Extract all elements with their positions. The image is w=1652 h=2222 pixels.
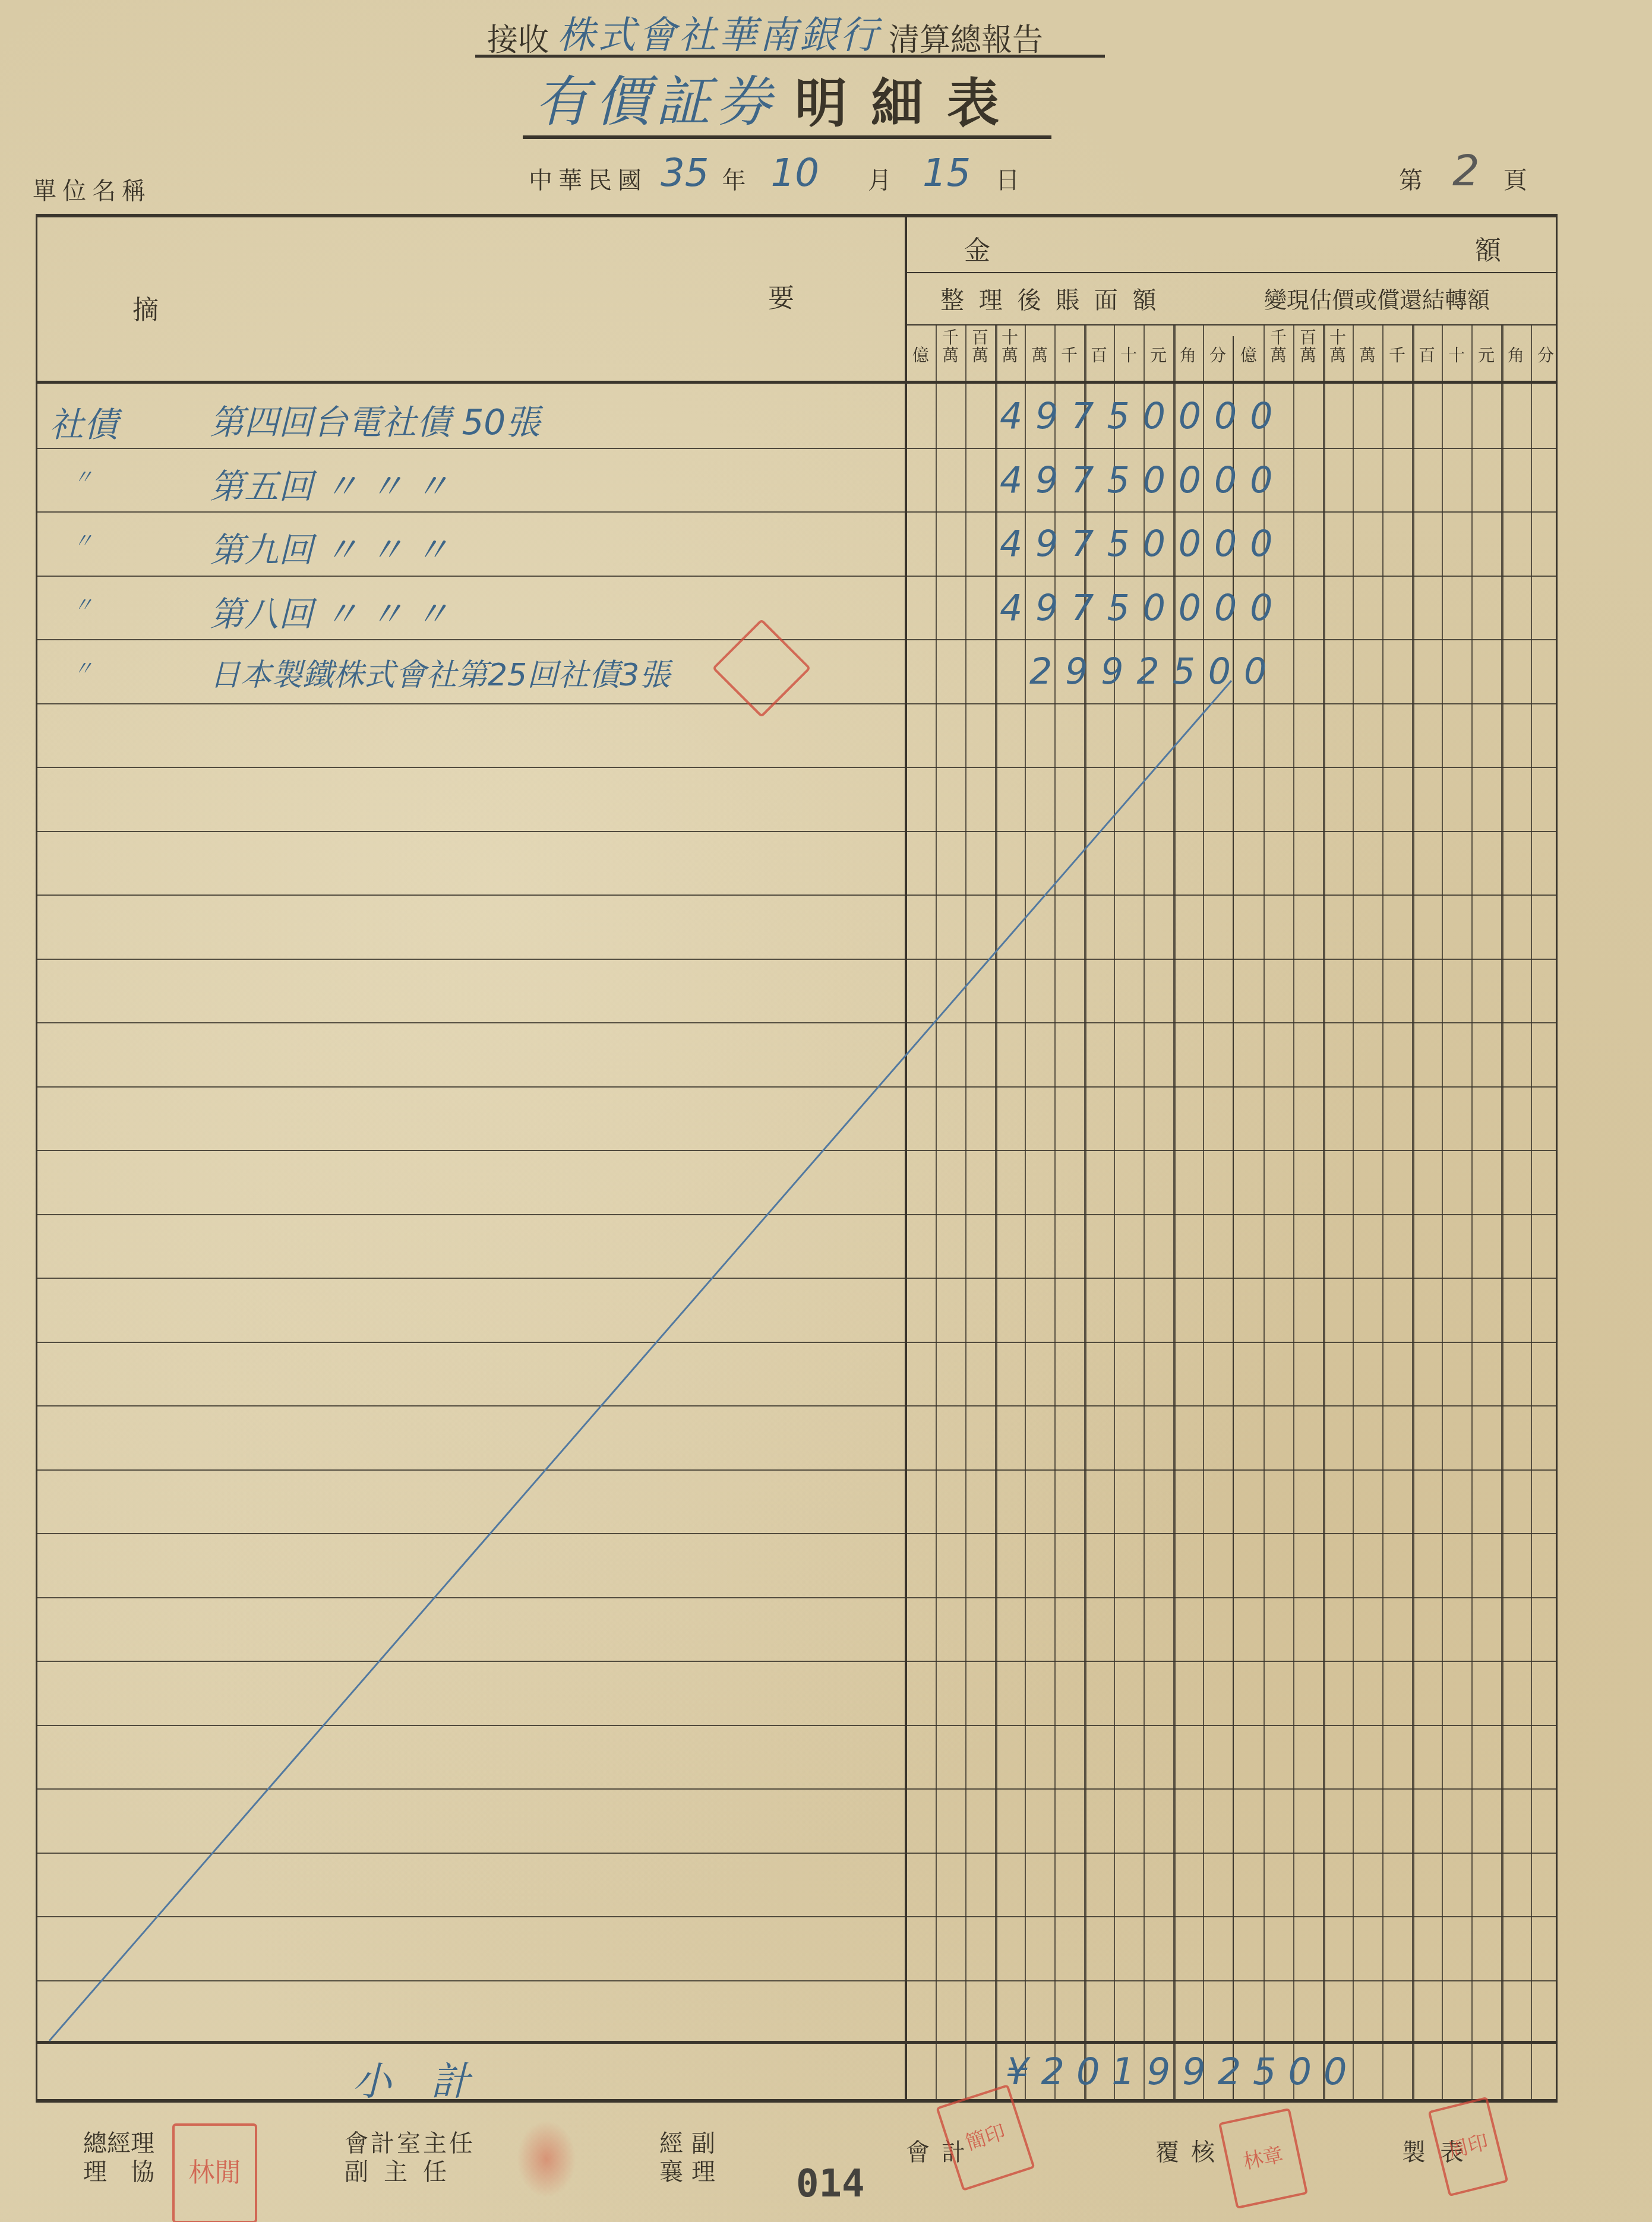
digit-column-line (995, 325, 997, 2099)
row-divider (37, 703, 1556, 704)
sig-reviewer-label: 覆核 (1155, 2138, 1227, 2167)
digit-label: 十 (1114, 347, 1144, 365)
row-divider (37, 959, 1556, 960)
desc-header-left: 摘 (132, 289, 159, 327)
sig-deputy-manager-label: 經副 襄理 (659, 2129, 724, 2186)
group-realized-value-header: 變現估價或償還結轉額 (1264, 282, 1490, 314)
row-divider (37, 1916, 1556, 1917)
row-divider (37, 1980, 1556, 1981)
digit-column-line (1442, 325, 1443, 2099)
digit-column-line (936, 325, 937, 2099)
row-book-value: 49750000 (1000, 587, 1285, 629)
row-book-value: 49750000 (1000, 523, 1285, 565)
row-description: 第四回台電社債 50張 (210, 394, 540, 444)
amount-header-line (905, 272, 1556, 273)
desc-header-right: 要 (768, 277, 794, 315)
row-description: 日本製鐵株式會社第25回社債3張 (210, 650, 670, 694)
subtotal-line (37, 2041, 1556, 2044)
sig-line1: 總經理 (83, 2129, 178, 2158)
row-divider (37, 831, 1556, 832)
digit-column-line (1501, 325, 1503, 2099)
archive-number: 014 (796, 2162, 865, 2206)
page-suffix: 頁 (1503, 162, 1533, 195)
digit-column-line (1323, 325, 1325, 2099)
subtotal-value: ¥201992500 (1006, 2050, 1359, 2093)
row-divider (37, 1597, 1556, 1598)
digit-label: 萬 (1025, 347, 1054, 365)
row-description: 第五回 〃 〃 〃 (210, 459, 449, 508)
date-day: 15 (923, 151, 971, 195)
row-book-value: 49750000 (1000, 460, 1285, 501)
digit-label: 角 (1501, 347, 1531, 365)
digit-label: 千萬 (1264, 329, 1293, 365)
form-title: 有價証券 明細表 (535, 71, 1034, 137)
row-category: 〃 (73, 589, 93, 618)
row-divider (37, 1405, 1556, 1406)
digit-column-line (965, 325, 966, 2099)
row-divider (37, 1278, 1556, 1279)
group-header-line (905, 324, 1556, 325)
preparer-seal-stamp: 周印 (1428, 2097, 1509, 2197)
row-divider (37, 1214, 1556, 1215)
sig-line1: 會計室主任 (345, 2129, 475, 2158)
form-title-printed: 明細表 (795, 62, 1023, 137)
sig-line2: 襄理 (659, 2158, 724, 2186)
desc-amount-divider (905, 217, 907, 2099)
subtotal-label: 小 計 (352, 2050, 470, 2106)
digit-label: 百萬 (965, 329, 995, 365)
row-category: 社債 (49, 397, 118, 447)
digit-label: 千 (1054, 347, 1084, 365)
row-divider (37, 1086, 1556, 1088)
page-number: 第 2 頁 (1399, 146, 1533, 195)
sig-accounting-chief-label: 會計室主任 副主任 (345, 2129, 475, 2186)
reviewer-seal-stamp: 林章 (1218, 2108, 1308, 2209)
row-divider (37, 639, 1556, 640)
sig-line2: 理協 (83, 2158, 178, 2186)
sig-line1: 經副 (659, 2129, 724, 2158)
digit-column-line (1471, 325, 1473, 2099)
digit-label: 百 (1412, 347, 1442, 365)
digit-column-line (1412, 325, 1414, 2099)
title-suffix: 清算總報告 (889, 15, 1043, 59)
title-company-handwritten: 株式會社華南銀行 (557, 5, 880, 59)
day-label: 日 (996, 162, 1025, 195)
form-title-handwritten: 有價証券 (535, 58, 777, 137)
digit-label: 千 (1382, 347, 1412, 365)
general-manager-seal-stamp: 林閒 (172, 2123, 257, 2222)
sig-line2: 副主任 (345, 2158, 475, 2186)
amount-header-right: 額 (1475, 229, 1501, 267)
row-description: 第八回 〃 〃 〃 (210, 586, 449, 636)
title-prefix: 接收 (487, 15, 549, 59)
page-number-value: 2 (1452, 146, 1480, 195)
row-divider (37, 1022, 1556, 1023)
row-description: 第九回 〃 〃 〃 (210, 522, 449, 572)
digit-label: 百 (1084, 347, 1114, 365)
digit-label: 元 (1144, 347, 1173, 365)
row-category: 〃 (73, 461, 93, 490)
date-year: 35 (661, 151, 709, 195)
date-month: 10 (770, 151, 819, 195)
digit-column-line (1353, 325, 1354, 2099)
row-divider (37, 1725, 1556, 1726)
digit-label: 分 (1203, 347, 1233, 365)
group-book-value-header: 整 理 後 賬 面 額 (940, 282, 1160, 315)
row-divider (37, 1469, 1556, 1471)
digit-label: 萬 (1353, 347, 1382, 365)
row-divider (37, 1533, 1556, 1534)
report-title: 接收 株式會社華南銀行 清算總報告 (487, 18, 1105, 59)
row-divider (37, 576, 1556, 577)
digit-column-line (1293, 325, 1294, 2099)
digit-label: 十萬 (995, 329, 1025, 365)
row-divider (37, 767, 1556, 768)
date-line: 中華民國 35 年 10 月 15 日 (529, 151, 1025, 195)
digit-column-line (1531, 325, 1532, 2099)
row-divider (37, 448, 1556, 449)
digit-label: 千萬 (936, 329, 965, 365)
row-book-value: 2992500 (1029, 651, 1280, 693)
year-label: 年 (722, 162, 751, 195)
digit-label: 億 (906, 347, 936, 365)
sig-general-manager-label: 總經理 理協 (83, 2129, 178, 2186)
row-divider (37, 1342, 1556, 1343)
row-divider (37, 1150, 1556, 1151)
month-label: 月 (868, 162, 898, 195)
digit-label: 百萬 (1293, 329, 1323, 365)
page-prefix: 第 (1399, 162, 1429, 195)
digit-label: 億 (1234, 347, 1264, 365)
row-divider (37, 895, 1556, 896)
digit-column-line (1382, 325, 1383, 2099)
unit-name-label: 單位名稱 (33, 172, 151, 206)
digit-label: 分 (1531, 347, 1561, 365)
title-underline (475, 55, 1105, 58)
amount-header-left: 金 (964, 229, 990, 267)
row-divider (37, 1853, 1556, 1854)
row-divider (37, 1661, 1556, 1662)
row-book-value: 49750000 (1000, 396, 1285, 437)
digit-label: 十 (1442, 347, 1471, 365)
row-divider (37, 511, 1556, 513)
securities-detail-table: 摘 要 金 額 整 理 後 賬 面 額 變現估價或償還結轉額 億千萬百萬十萬萬千… (36, 214, 1558, 2103)
row-divider (37, 1788, 1556, 1790)
digit-label: 十萬 (1323, 329, 1353, 365)
era-label: 中華民國 (529, 162, 647, 195)
faded-red-seal-stamp (517, 2120, 576, 2198)
row-category: 〃 (73, 524, 93, 554)
header-bottom-line (37, 381, 1556, 384)
digit-label: 角 (1173, 347, 1203, 365)
form-title-underline (523, 135, 1051, 139)
row-category: 〃 (73, 652, 93, 681)
digit-label: 元 (1471, 347, 1501, 365)
